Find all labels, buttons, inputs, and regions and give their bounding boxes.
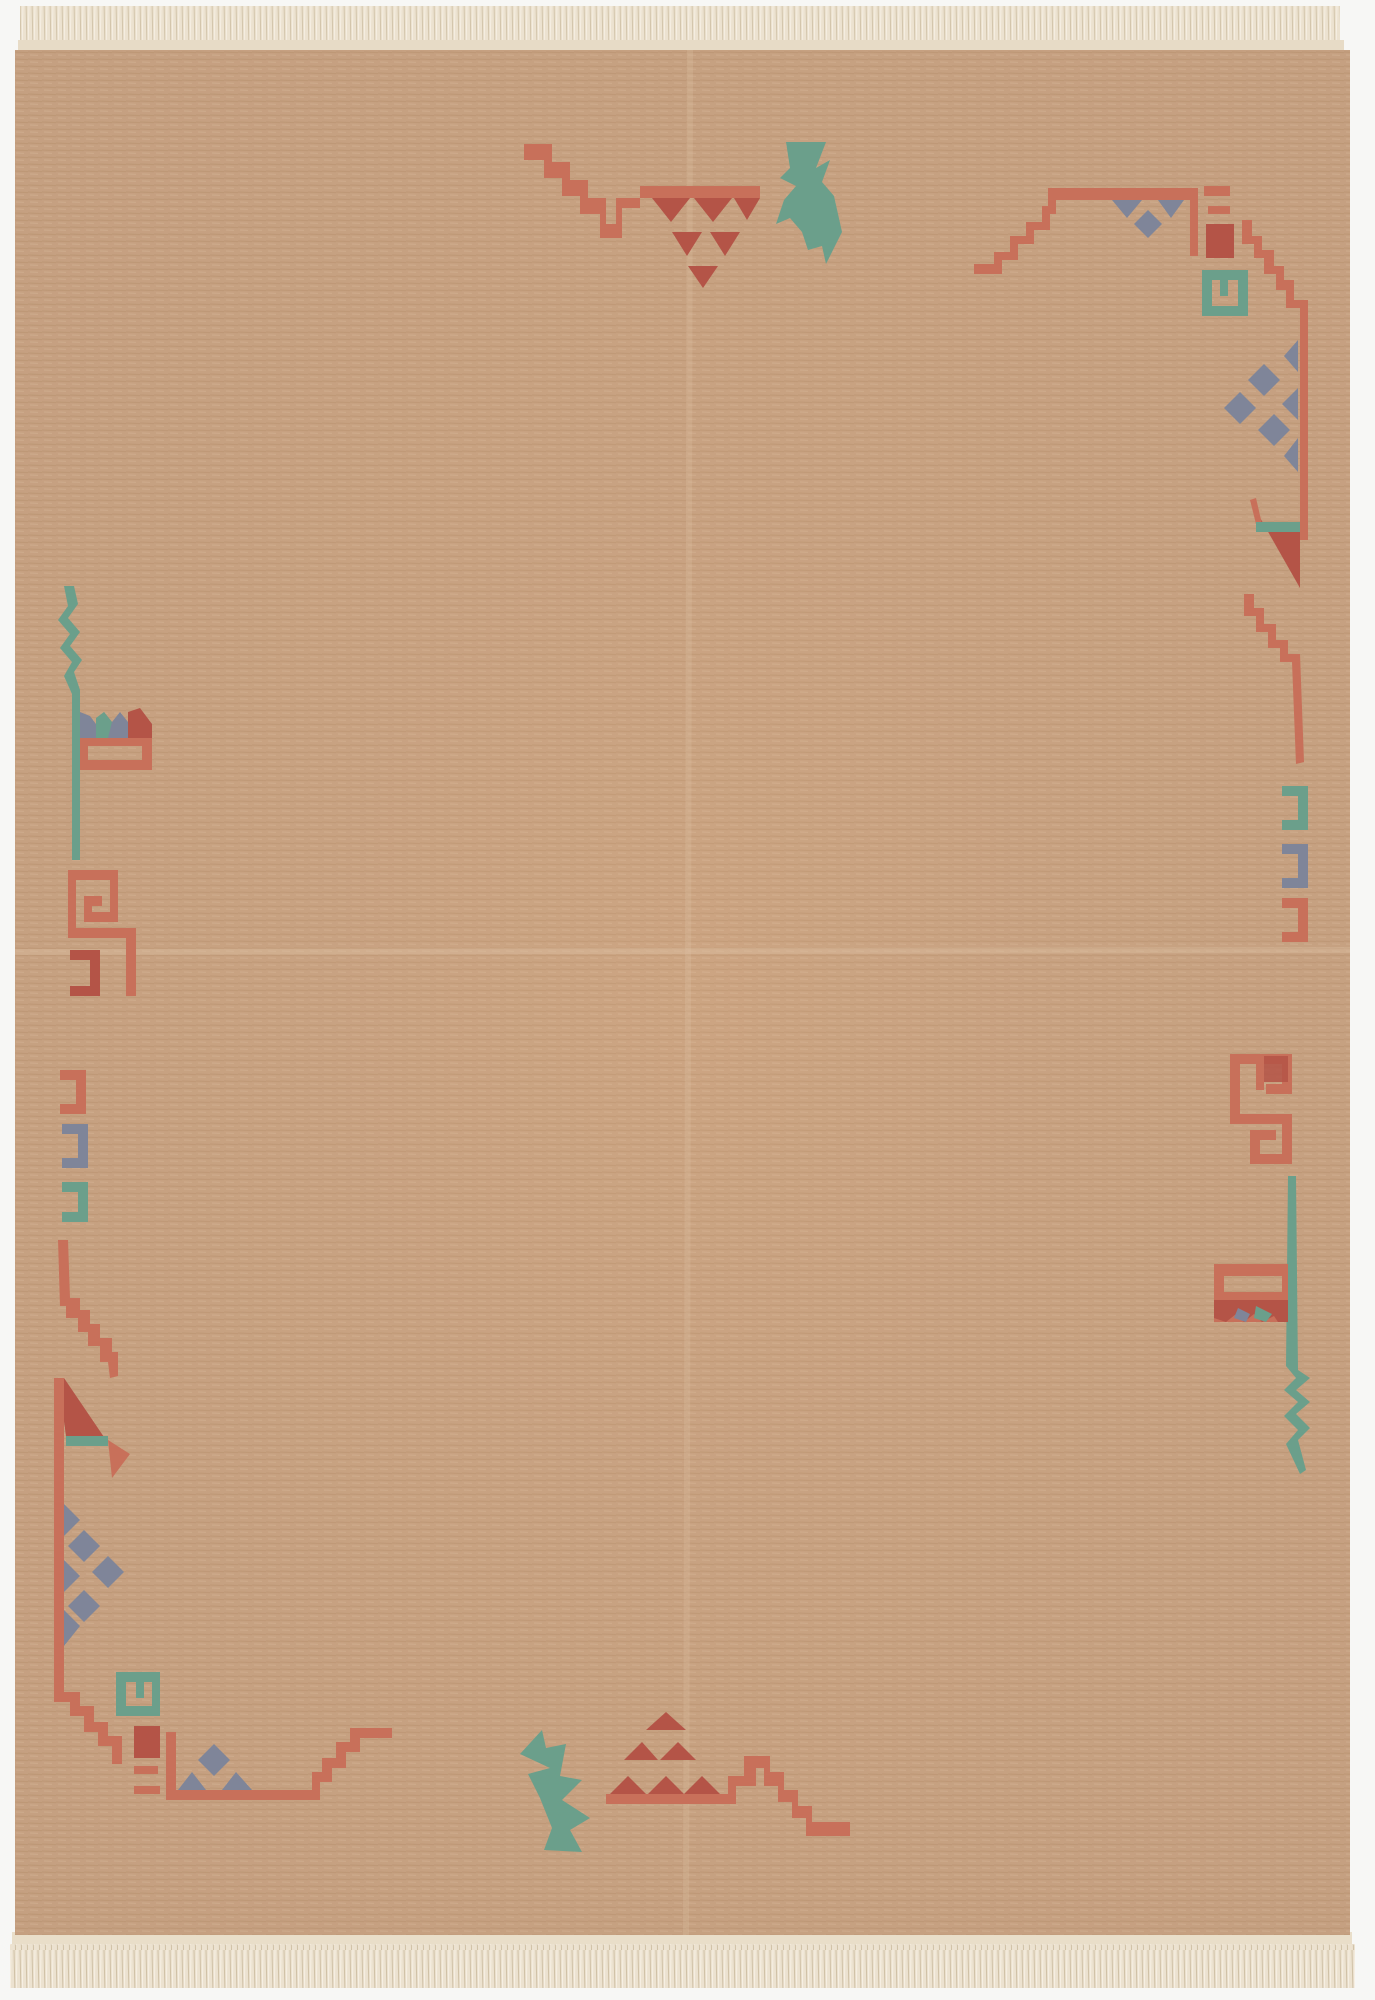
bottom-fringe — [10, 1932, 1355, 1988]
rug-field — [15, 50, 1350, 1935]
rug-svg — [0, 0, 1375, 2000]
top-fringe — [18, 6, 1344, 52]
rug-photo — [0, 0, 1375, 2000]
